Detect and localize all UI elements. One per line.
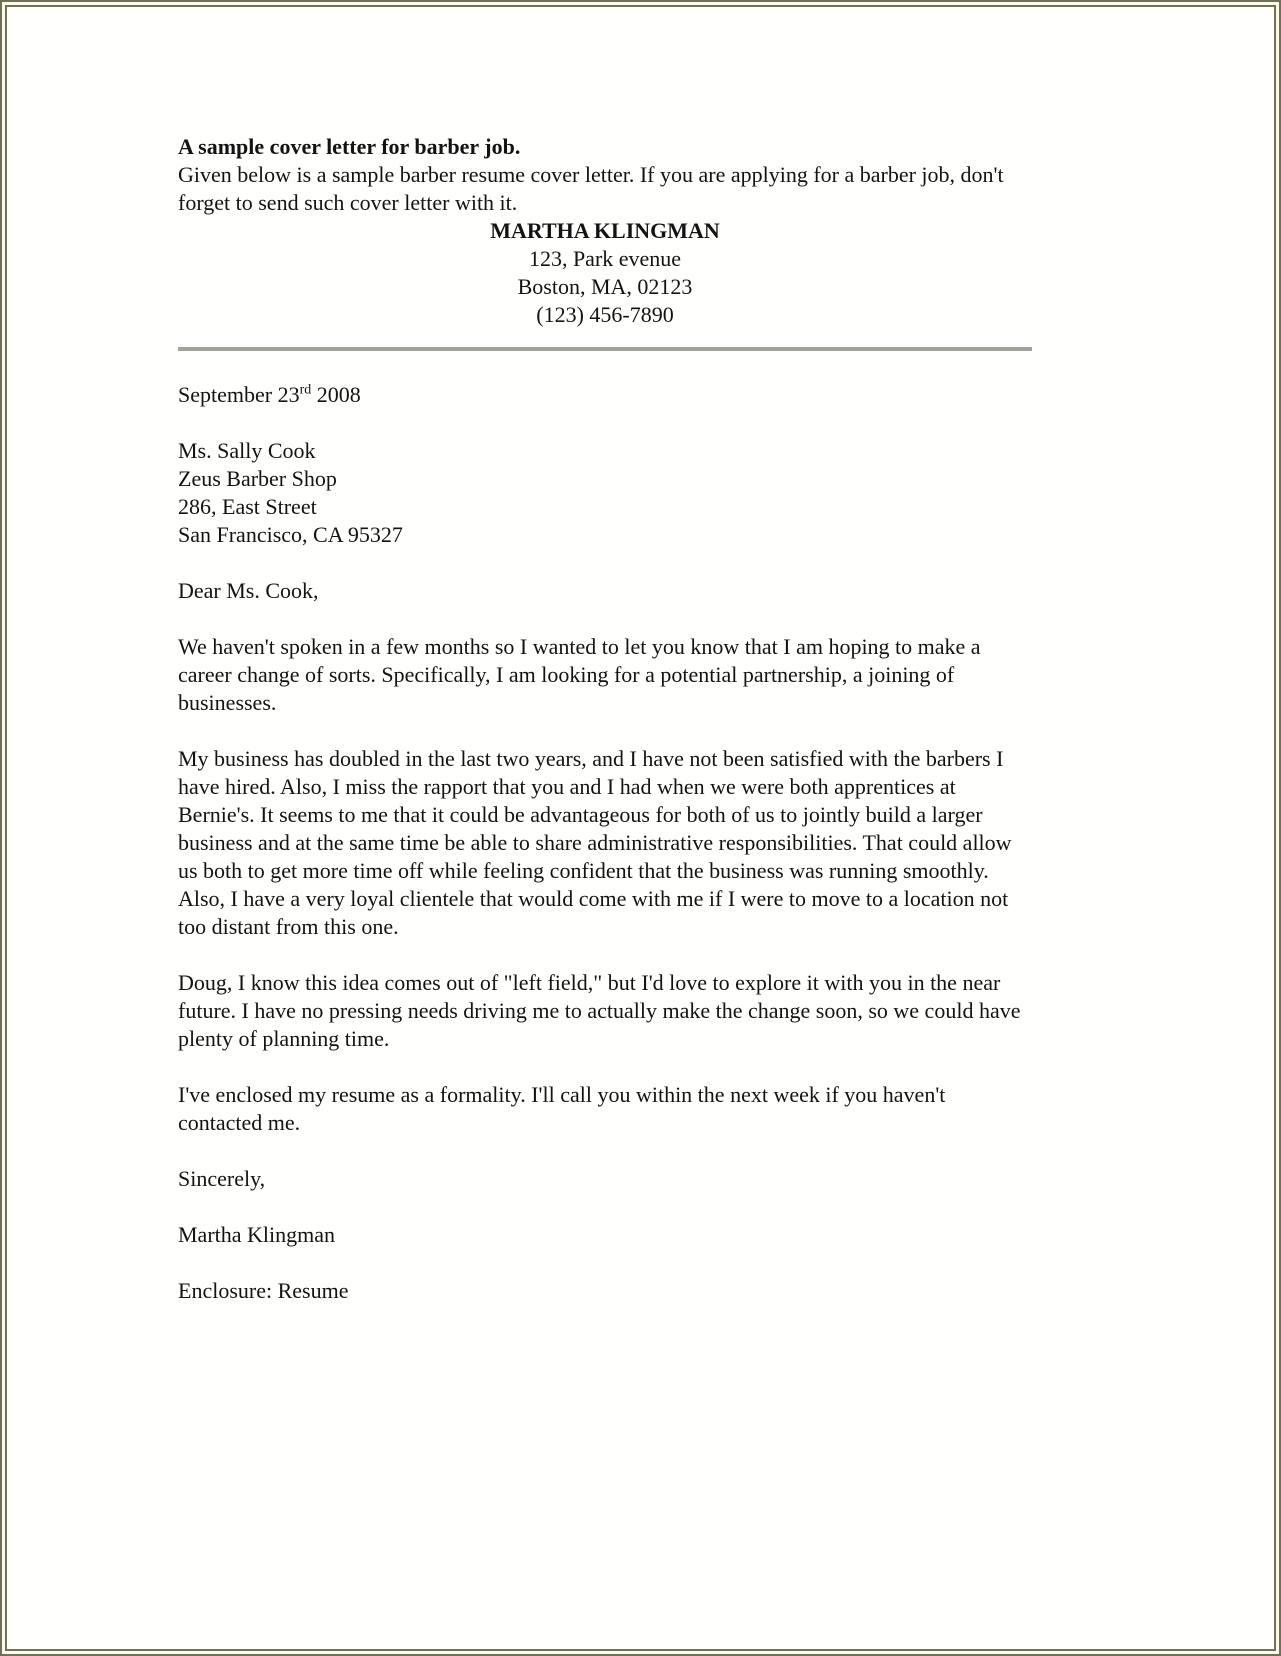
recipient-name: Ms. Sally Cook [178, 437, 1032, 465]
date-day: September 23 [178, 382, 300, 407]
body-paragraph-4: I've enclosed my resume as a formality. … [178, 1081, 1032, 1137]
letterhead-phone: (123) 456-7890 [178, 301, 1032, 329]
signature-name: Martha Klingman [178, 1221, 1032, 1249]
letterhead-address-line1: 123, Park evenue [178, 245, 1032, 273]
body-paragraph-3: Doug, I know this idea comes out of "lef… [178, 969, 1032, 1053]
recipient-street: 286, East Street [178, 493, 1032, 521]
valediction: Sincerely, [178, 1165, 1032, 1193]
document-page: A sample cover letter for barber job. Gi… [0, 0, 1281, 1656]
letterhead-address-line2: Boston, MA, 02123 [178, 273, 1032, 301]
letterhead: MARTHA KLINGMAN 123, Park evenue Boston,… [178, 217, 1032, 329]
cover-letter: A sample cover letter for barber job. Gi… [178, 0, 1032, 1305]
letter-heading: A sample cover letter for barber job. [178, 133, 1032, 161]
date-year: 2008 [311, 382, 361, 407]
letter-date: September 23rd 2008 [178, 381, 1032, 409]
letterhead-name: MARTHA KLINGMAN [178, 217, 1032, 245]
recipient-city: San Francisco, CA 95327 [178, 521, 1032, 549]
body-paragraph-1: We haven't spoken in a few months so I w… [178, 633, 1032, 717]
date-ordinal: rd [300, 383, 312, 398]
salutation: Dear Ms. Cook, [178, 577, 1032, 605]
horizontal-divider [178, 347, 1032, 351]
letter-intro: Given below is a sample barber resume co… [178, 161, 1032, 217]
recipient-address: Ms. Sally Cook Zeus Barber Shop 286, Eas… [178, 437, 1032, 549]
body-paragraph-2: My business has doubled in the last two … [178, 745, 1032, 941]
enclosure-note: Enclosure: Resume [178, 1277, 1032, 1305]
recipient-company: Zeus Barber Shop [178, 465, 1032, 493]
